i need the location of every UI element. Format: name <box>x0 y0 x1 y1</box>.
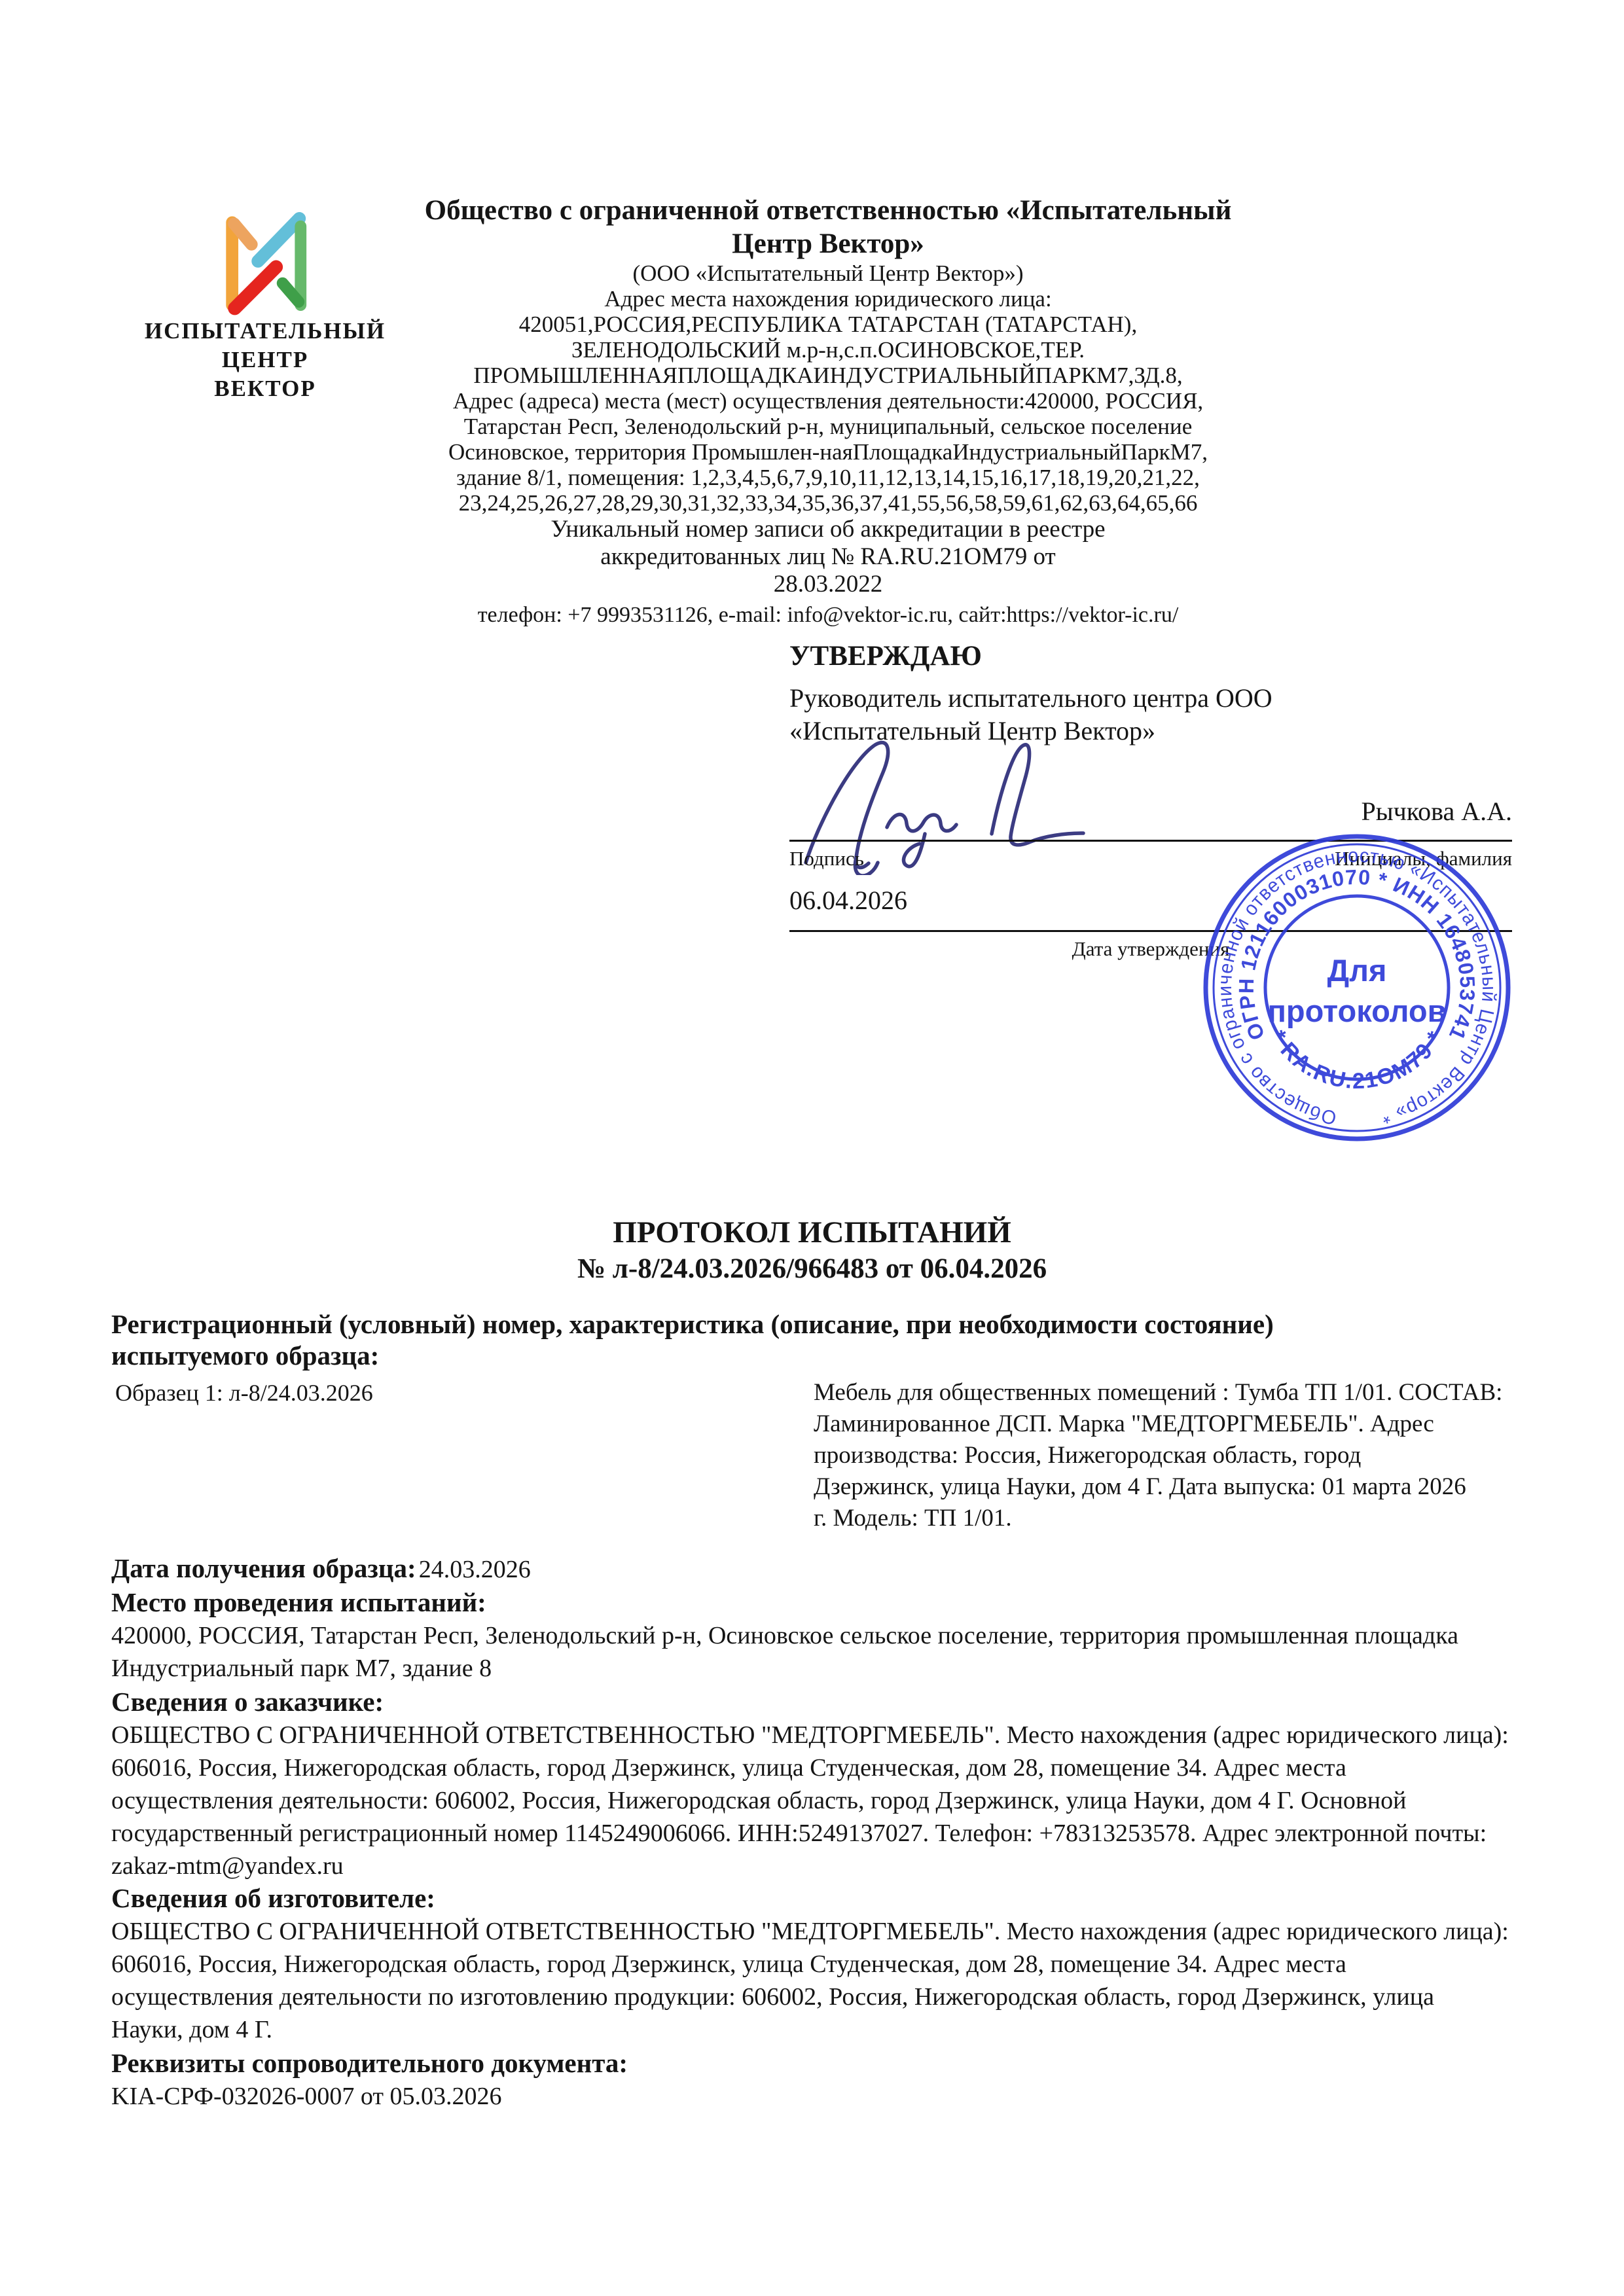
accompanying-doc-value: KIA-СРФ-032026-0007 от 05.03.2026 <box>111 2080 501 2113</box>
sample-description-line: г. Модель: ТП 1/01. <box>814 1503 1540 1534</box>
test-location-line: Индустриальный парк М7, здание 8 <box>111 1652 492 1685</box>
org-header: Общество с ограниченной ответственностью… <box>370 194 1286 628</box>
approve-heading: УТВЕРЖДАЮ <box>789 640 982 672</box>
signer-name: Рычкова А.А. <box>789 796 1512 827</box>
signer-role-line1: Руководитель испытательного центра ООО <box>789 682 1272 715</box>
org-address-label: Адрес места нахождения юридического лица… <box>370 286 1286 312</box>
customer-line: государственный регистрационный номер 11… <box>111 1817 1487 1850</box>
customer-line: осуществления деятельности: 606002, Росс… <box>111 1784 1406 1817</box>
protocol-title: ПРОТОКОЛ ИСПЫТАНИЙ <box>111 1215 1513 1250</box>
protocol-document-page: { "logo": { "caption_line1": "ИСПЫТАТЕЛЬ… <box>0 0 1624 2296</box>
stamp-center-line2: протоколов <box>1267 994 1446 1028</box>
org-accreditation-date: 28.03.2022 <box>370 571 1286 598</box>
org-activity-address-line: Осиновское, территория Промышлен-наяПлощ… <box>370 439 1286 465</box>
org-address-line: ЗЕЛЕНОДОЛЬСКИЙ м.р-н,с.п.ОСИНОВСКОЕ,ТЕР. <box>370 337 1286 363</box>
org-activity-address-line: Адрес (адреса) места (мест) осуществлени… <box>370 388 1286 414</box>
manufacturer-line: Науки, дом 4 Г. <box>111 2013 272 2046</box>
customer-email: zakaz-mtm@yandex.ru <box>111 1850 344 1882</box>
test-location-heading: Место проведения испытаний: <box>111 1587 486 1618</box>
customer-line: ОБЩЕСТВО С ОГРАНИЧЕННОЙ ОТВЕТСТВЕННОСТЬЮ… <box>111 1719 1509 1751</box>
svg-text:* RA.RU.21ОМ79 *: * RA.RU.21ОМ79 * <box>1265 1026 1448 1094</box>
manufacturer-line: 606016, Россия, Нижегородская область, г… <box>111 1948 1346 1981</box>
org-short-name: (ООО «Испытательный Центр Вектор») <box>370 260 1286 286</box>
org-stamp: Общество с ограниченной ответственностью… <box>1201 832 1513 1147</box>
customer-heading: Сведения о заказчике: <box>111 1686 384 1717</box>
protocol-number: № л-8/24.03.2026/966483 от 06.04.2026 <box>111 1253 1513 1285</box>
org-contacts-line: телефон: +7 9993531126, e-mail: info@vek… <box>370 602 1286 628</box>
accompanying-doc-heading: Реквизиты сопроводительного документа: <box>111 2047 628 2079</box>
customer-line: 606016, Россия, Нижегородская область, г… <box>111 1751 1346 1784</box>
sample-description-line: Дзержинск, улица Науки, дом 4 Г. Дата вы… <box>814 1471 1540 1503</box>
org-title-line1: Общество с ограниченной ответственностью… <box>370 194 1286 227</box>
test-location-line: 420000, РОССИЯ, Татарстан Респ, Зеленодо… <box>111 1619 1458 1652</box>
org-address-line: ПРОМЫШЛЕННАЯПЛОЩАДКАИНДУСТРИАЛЬНЫЙПАРКМ7… <box>370 363 1286 388</box>
receipt-date-value: 24.03.2026 <box>419 1556 531 1583</box>
org-address-line: 420051,РОССИЯ,РЕСПУБЛИКА ТАТАРСТАН (ТАТА… <box>370 312 1286 337</box>
org-activity-address-line: Татарстан Респ, Зеленодольский р-н, муни… <box>370 414 1286 439</box>
org-accreditation-line: аккредитованных лиц № RA.RU.21ОМ79 от <box>370 543 1286 571</box>
stamp-accreditation-text: * RA.RU.21ОМ79 * <box>1265 1026 1448 1094</box>
org-activity-address-line: 23,24,25,26,27,28,29,30,31,32,33,34,35,3… <box>370 490 1286 516</box>
approval-date: 06.04.2026 <box>789 885 907 916</box>
registration-heading-line2: испытуемого образца: <box>111 1340 379 1371</box>
org-title-line2: Центр Вектор» <box>370 227 1286 260</box>
sample-id: Образец 1: л-8/24.03.2026 <box>115 1379 373 1407</box>
org-activity-address-line: здание 8/1, помещения: 1,2,3,4,5,6,7,9,1… <box>370 465 1286 490</box>
manufacturer-heading: Сведения об изготовителе: <box>111 1882 435 1914</box>
receipt-date-row: Дата получения образца: 24.03.2026 <box>111 1552 531 1584</box>
sample-description: Мебель для общественных помещений : Тумб… <box>814 1377 1540 1534</box>
vector-logo-icon <box>217 208 314 317</box>
sample-description-line: Мебель для общественных помещений : Тумб… <box>814 1377 1540 1408</box>
org-accreditation-line: Уникальный номер записи об аккредитации … <box>370 516 1286 543</box>
registration-heading-line1: Регистрационный (условный) номер, характ… <box>111 1308 1274 1340</box>
sample-description-line: производства: Россия, Нижегородская обла… <box>814 1440 1540 1471</box>
stamp-center-line1: Для <box>1327 953 1387 988</box>
receipt-date-label: Дата получения образца: <box>111 1553 416 1583</box>
manufacturer-line: ОБЩЕСТВО С ОГРАНИЧЕННОЙ ОТВЕТСТВЕННОСТЬЮ… <box>111 1915 1509 1948</box>
manufacturer-line: осуществления деятельности по изготовлен… <box>111 1981 1434 2013</box>
sample-description-line: Ламинированное ДСП. Марка "МЕДТОРГМЕБЕЛЬ… <box>814 1408 1540 1440</box>
